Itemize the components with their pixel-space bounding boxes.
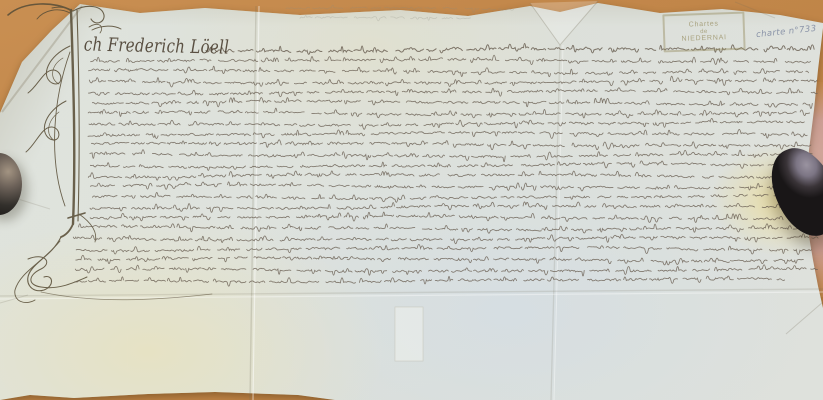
stamp-line-3: NIEDERNAI xyxy=(681,35,727,45)
archive-stamp: Chartes de NIEDERNAI xyxy=(662,12,745,53)
parchment-sheet xyxy=(0,0,823,400)
opening-words: ch Frederich Löell xyxy=(84,33,230,59)
parchment-document xyxy=(0,0,823,400)
photo-scene: ch Frederich Löell Chartes de NIEDERNAI … xyxy=(0,0,823,400)
